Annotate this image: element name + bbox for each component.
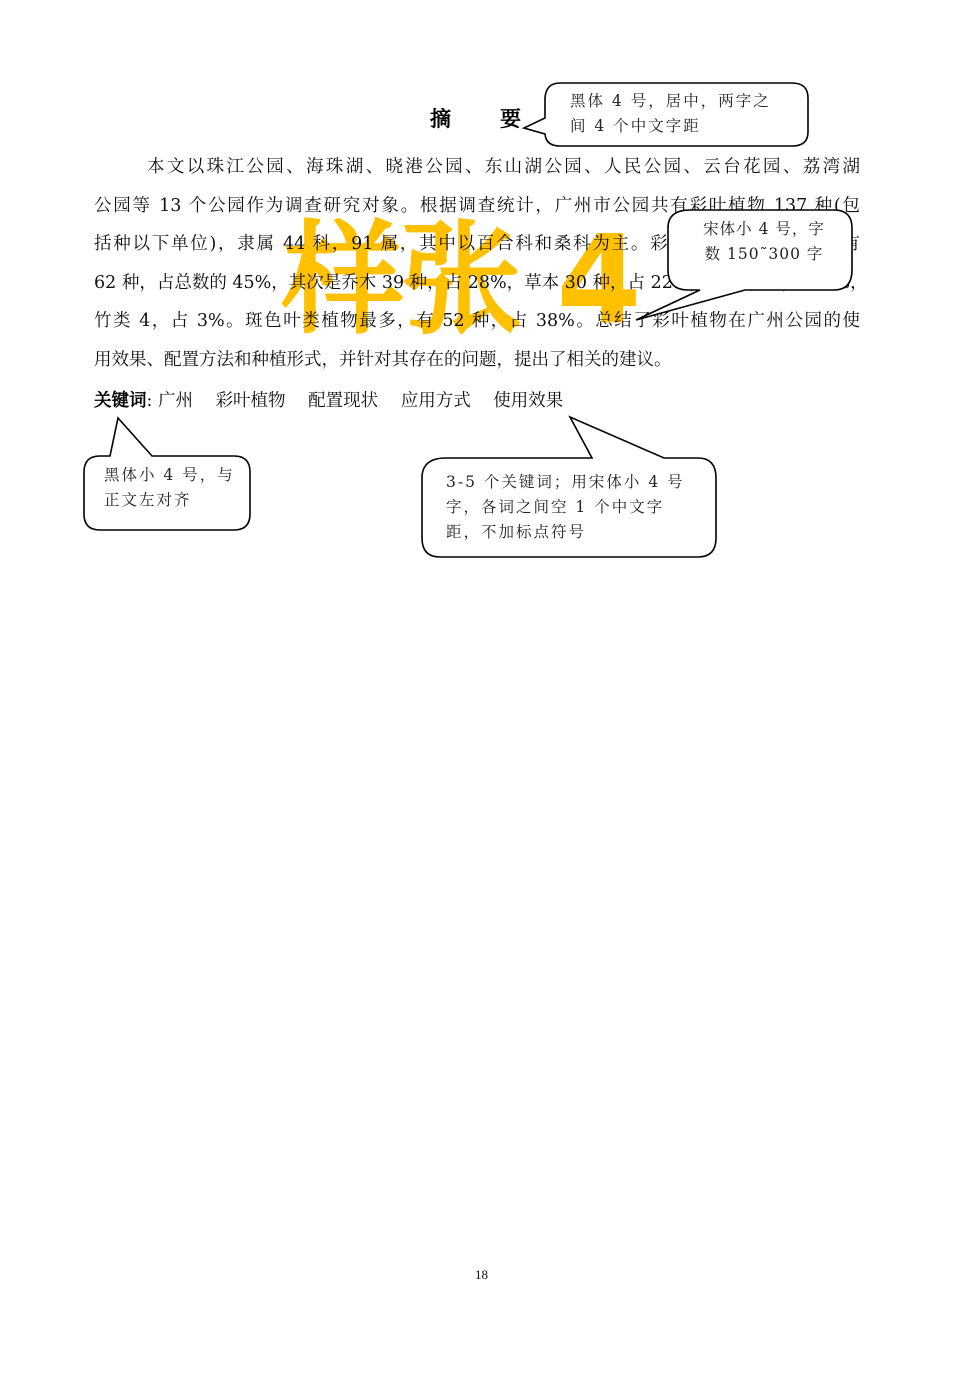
- document-page: 样张 4 摘 要 本文以珠江公园、海珠湖、晓港公园、东山湖公园、人民公园、云台花…: [0, 0, 963, 1375]
- title-char-1: 摘: [430, 105, 451, 133]
- callout-line: 黑体小 4 号，与: [104, 463, 244, 488]
- callout-line: 间 4 个中文字距: [570, 114, 800, 139]
- abstract-line-5: 竹类 4，占 3%。斑色叶类植物最多，有 52 种，占 38%。总结了彩叶植物在…: [94, 302, 860, 341]
- keyword-item: 使用效果: [493, 391, 563, 411]
- keyword-item: 应用方式: [401, 391, 471, 411]
- callout-line: 字，各词之间空 1 个中文字: [446, 495, 708, 520]
- callout-line: 数 150˜300 字: [684, 242, 844, 267]
- callout-line: 宋体小 4 号，字: [684, 217, 844, 242]
- title-char-2: 要: [500, 105, 521, 133]
- abstract-line-6: 用效果、配置方法和种植形式，并针对其存在的问题，提出了相关的建议。: [94, 341, 860, 380]
- keywords-colon: :: [147, 391, 153, 411]
- callout-keyword-items-format: 3-5 个关键词；用宋体小 4 号 字，各词之间空 1 个中文字 距，不加标点符…: [446, 470, 708, 545]
- abstract-line-1: 本文以珠江公园、海珠湖、晓港公园、东山湖公园、人民公园、云台花园、荔湾湖: [94, 148, 860, 187]
- keyword-item: 广州: [158, 391, 193, 411]
- keywords-label: 关键词: [94, 391, 147, 411]
- keywords-line: 关键词: 广州 彩叶植物 配置现状 应用方式 使用效果: [94, 386, 580, 416]
- abstract-line-4: 62 种，占总数的 45%，其次是乔木 39 种，占 28%，草本 30 种，占…: [94, 264, 860, 303]
- keyword-item: 彩叶植物: [216, 391, 286, 411]
- callout-abstract-format: 宋体小 4 号，字 数 150˜300 字: [684, 217, 844, 267]
- callout-line: 黑体 4 号，居中，两字之: [570, 89, 800, 114]
- page-number: 18: [0, 1267, 963, 1283]
- callout-line: 正文左对齐: [104, 488, 244, 513]
- callout-keyword-label-format: 黑体小 4 号，与 正文左对齐: [104, 463, 244, 513]
- callout-line: 3-5 个关键词；用宋体小 4 号: [446, 470, 708, 495]
- callout-line: 距，不加标点符号: [446, 520, 708, 545]
- callout-title-format: 黑体 4 号，居中，两字之 间 4 个中文字距: [570, 89, 800, 139]
- keyword-item: 配置现状: [308, 391, 378, 411]
